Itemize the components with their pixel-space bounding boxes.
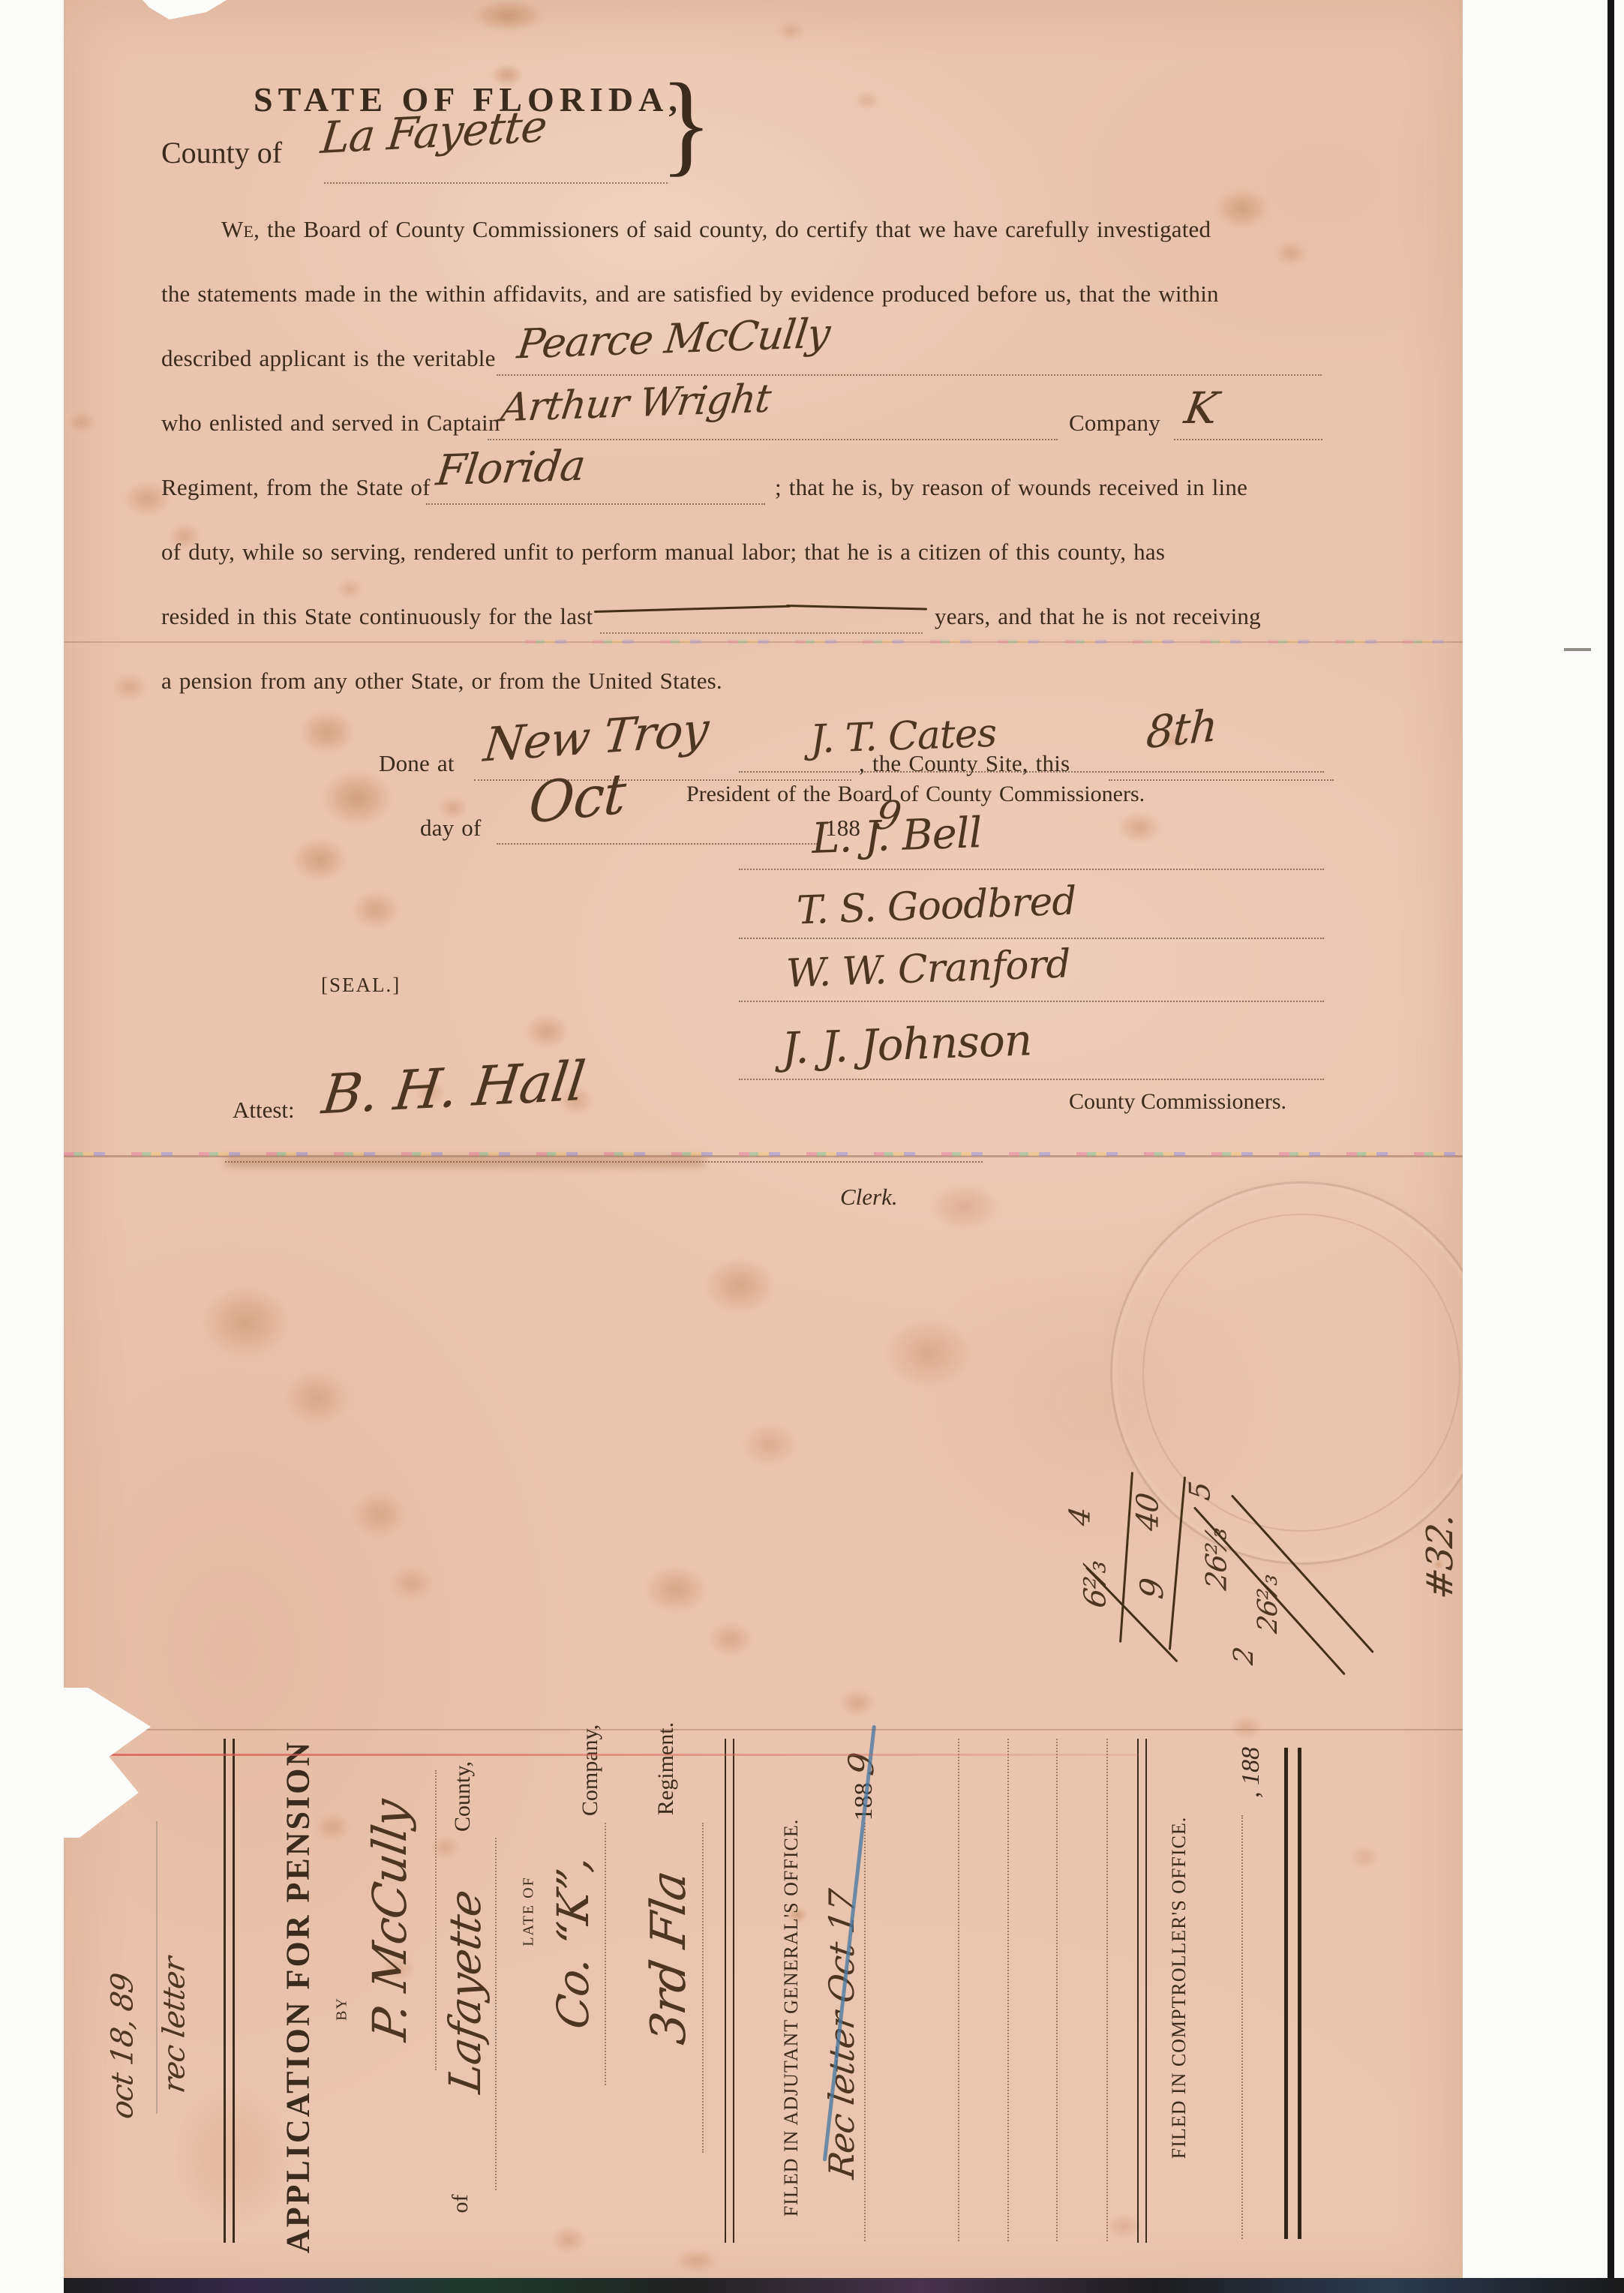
case-number: #32. xyxy=(1419,1514,1461,1599)
stain xyxy=(1118,812,1161,843)
stain xyxy=(473,0,544,32)
arith-text-1: 4 xyxy=(1064,1505,1097,1528)
red-crayon-line xyxy=(66,1754,1139,1756)
month-dotted xyxy=(497,843,818,845)
body-line-7-rest: years, and that he is not receiving xyxy=(935,603,1261,630)
commissioners-title: County Commissioners. xyxy=(1069,1089,1286,1115)
scanner-bottom-strip xyxy=(64,2278,1624,2293)
body-line-1: We, the Board of County Commissioners of… xyxy=(221,216,1211,243)
arith-text-5: 5 xyxy=(1184,1480,1217,1502)
stain xyxy=(1275,242,1307,266)
pencil-note-1-text: rec letter xyxy=(158,1955,192,2096)
adjutant-office-label: FILED IN ADJUTANT GENERAL'S OFFICE. xyxy=(780,1819,803,2216)
arith-text-7: 2 xyxy=(1229,1646,1259,1667)
stain xyxy=(776,21,805,41)
stain xyxy=(353,891,399,929)
stain xyxy=(315,1814,350,1841)
arith-digit-1: 4 xyxy=(1064,1508,1097,1525)
company-label: Company xyxy=(1069,410,1160,437)
docket-rule-left xyxy=(224,1739,235,2243)
line-7-dotted xyxy=(600,632,923,634)
clerk-label: Clerk. xyxy=(840,1184,898,1211)
stain xyxy=(705,1259,774,1313)
docket-of-label: of xyxy=(448,2195,473,2213)
stain xyxy=(300,711,354,753)
line-4-dotted-a xyxy=(488,439,1058,440)
month-handwritten: Oct xyxy=(527,761,627,837)
arith-text-4: 9 xyxy=(1133,1576,1170,1601)
county-dotted-line xyxy=(324,182,668,184)
docket-county-text: Lafayette xyxy=(440,1887,491,2096)
case-number-text: #32. xyxy=(1419,1511,1461,1601)
seal-label: [SEAL.] xyxy=(321,974,401,997)
docket-applicant-dotted xyxy=(435,1770,437,2070)
body-line-5-rest: ; that he is, by reason of wounds receiv… xyxy=(775,474,1247,501)
pencil-note-line-2: oct 18, 89 xyxy=(105,1974,140,2119)
stain xyxy=(645,1566,707,1613)
body-line-8: a pension from any other State, or from … xyxy=(161,668,722,695)
fold-glint-middle xyxy=(64,1152,1463,1156)
stain xyxy=(293,839,347,881)
day-of-label: day of xyxy=(420,815,482,842)
fold-smudge xyxy=(225,1157,705,1167)
commissioner-3-dotted xyxy=(739,1001,1324,1002)
docket-rule-right xyxy=(1284,1748,1301,2239)
arith-digit-5: 5 xyxy=(1184,1482,1217,1499)
arith-digit-7: 2 xyxy=(1228,1648,1259,1664)
stain xyxy=(390,1566,434,1601)
day-value-handwritten: 8th xyxy=(1145,700,1219,759)
stain xyxy=(855,92,879,110)
stain xyxy=(68,411,96,434)
docket-county-label: County, xyxy=(450,1761,476,1832)
docket-late-of-label: LATE OF xyxy=(521,1876,538,1946)
body-line-3-label: described applicant is the veritable xyxy=(161,345,496,372)
comptroller-year-printed: , 188 xyxy=(1237,1747,1265,1798)
docket-county-value: Lafayette xyxy=(440,1891,491,2092)
we-smallcaps: We, xyxy=(221,216,260,242)
stain xyxy=(1215,189,1269,228)
docket-by-label: BY xyxy=(334,1997,351,2021)
stain xyxy=(285,1371,349,1425)
docket-dotted-b xyxy=(1007,1739,1009,2241)
stain xyxy=(525,1014,569,1049)
president-signature: J. T. Cates xyxy=(809,711,997,763)
body-line-5-label: Regiment, from the State of xyxy=(161,474,431,501)
docket-applicant-text: P. McCully xyxy=(362,1796,417,2044)
margin-dash-mark xyxy=(1564,648,1591,651)
fold-crease-lower xyxy=(64,1729,1463,1730)
body-line-2: the statements made in the within affida… xyxy=(161,281,1219,308)
docket-regiment-dotted xyxy=(702,1823,704,2153)
president-title: President of the Board of County Commiss… xyxy=(686,782,1145,807)
stain xyxy=(885,1319,971,1388)
docket-rule-mid-1 xyxy=(725,1739,734,2243)
body-line-6: of duty, while so serving, rendered unfi… xyxy=(161,539,1165,566)
commissioner-2-dotted xyxy=(739,938,1324,939)
docket-regiment-label: Regiment. xyxy=(653,1722,679,1815)
docket-company-label: Company, xyxy=(578,1724,603,1816)
comptroller-office-label: FILED IN COMPTROLLER'S OFFICE. xyxy=(1168,1817,1190,2159)
body-line-4-label: who enlisted and served in Captain xyxy=(161,410,500,437)
stain xyxy=(323,771,392,825)
stain xyxy=(203,1286,289,1358)
docket-rule-mid-2 xyxy=(1137,1739,1147,2243)
scanned-document-page: STATE OF FLORIDA, County of La Fayette }… xyxy=(0,0,1624,2293)
docket-company-value: Co. “K”, xyxy=(548,1857,599,2028)
stain xyxy=(1350,1847,1379,1868)
pencil-note-line-1: rec letter xyxy=(157,1958,192,2092)
stain xyxy=(338,579,362,599)
docket-county-dotted xyxy=(495,1838,497,2190)
arith-digit-3: 40 xyxy=(1130,1494,1166,1531)
commissioner-1-dotted xyxy=(739,869,1324,870)
line-4-dotted-b xyxy=(1174,439,1322,440)
body-line-7-label: resided in this State continuously for t… xyxy=(161,603,593,630)
commissioner-signature-1: L. J. Bell xyxy=(811,809,983,863)
stain xyxy=(675,2249,719,2273)
arith-digit-6: 26⅔ xyxy=(1200,1528,1234,1589)
pencil-note-2-text: oct 18, 89 xyxy=(106,1971,140,2121)
docket-applicant: P. McCully xyxy=(362,1801,418,2040)
arith-text-3: 40 xyxy=(1131,1491,1166,1533)
captain-name-handwritten: Arthur Wright xyxy=(498,377,773,431)
stain xyxy=(930,1184,999,1230)
stain xyxy=(1106,2214,1141,2238)
stain xyxy=(353,1491,407,1538)
adjutant-date-dotted xyxy=(864,1823,866,2241)
arith-text-2: 6⅔ xyxy=(1079,1558,1113,1610)
arith-digit-2: 6⅔ xyxy=(1078,1561,1113,1607)
docket-company-dotted xyxy=(605,1823,606,2085)
state-value-handwritten: Florida xyxy=(434,441,587,495)
docket-dotted-d xyxy=(1106,1739,1108,2241)
docket-regiment-text: 3rd Fla xyxy=(641,1868,697,2048)
body-line-1-rest: the Board of County Commissioners of sai… xyxy=(267,216,1211,242)
arith-text-6: 26⅔ xyxy=(1200,1525,1233,1592)
comptroller-date-dotted xyxy=(1241,1815,1243,2239)
stain xyxy=(743,1424,797,1466)
header-brace: } xyxy=(660,59,713,189)
adjutant-year-digit-blue: 9 xyxy=(841,1754,881,1775)
line-5-dotted xyxy=(426,503,765,505)
docket-dotted-a xyxy=(958,1739,959,2241)
docket-regiment-value: 3rd Fla xyxy=(641,1872,697,2044)
attest-label: Attest: xyxy=(233,1097,295,1124)
stain xyxy=(113,674,147,701)
docket-title: APPLICATION FOR PENSION xyxy=(279,1740,317,2253)
stain xyxy=(1230,1716,1262,1739)
commissioner-signature-4: J. J. Johnson xyxy=(781,1014,1032,1074)
fold-glint-upper xyxy=(525,640,1463,644)
stain xyxy=(840,1689,875,1716)
commissioner-4-dotted xyxy=(739,1079,1324,1080)
stain xyxy=(551,2226,586,2253)
line-3-dotted xyxy=(497,374,1322,376)
county-of-label: County of xyxy=(161,135,282,170)
stain xyxy=(709,1622,752,1656)
docket-dotted-c xyxy=(1056,1739,1058,2241)
docket-company-text: Co. “K”, xyxy=(548,1853,599,2032)
done-at-label: Done at xyxy=(379,750,455,777)
scanner-edge-line xyxy=(1607,0,1614,2293)
arith-digit-4: 9 xyxy=(1133,1579,1171,1598)
day-dotted xyxy=(1109,779,1334,781)
